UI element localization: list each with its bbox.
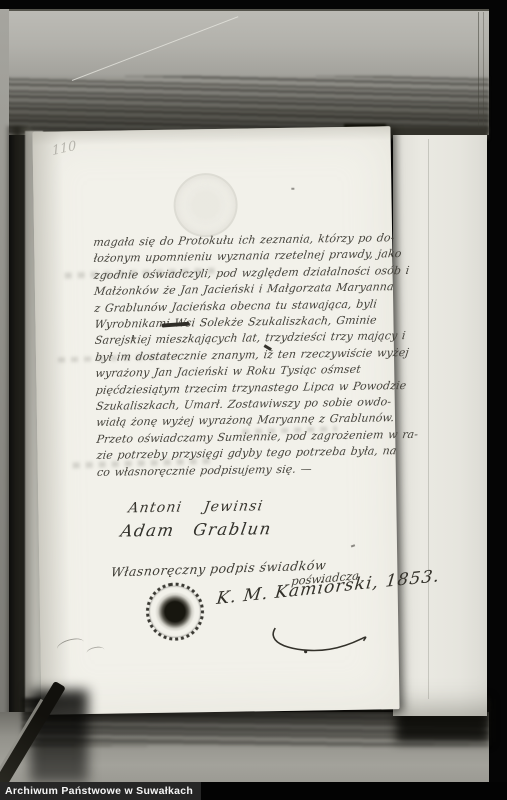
page-number: 110 xyxy=(51,139,76,160)
signature-flourish xyxy=(265,625,375,655)
witness-signature-2: Adam Grablun xyxy=(119,519,273,540)
board-smudge-band xyxy=(0,76,489,133)
pencil-scribble xyxy=(55,636,85,656)
right-blank-page xyxy=(393,135,487,716)
ink-speck xyxy=(291,188,294,190)
board-groove-line xyxy=(478,12,479,130)
board-groove-line xyxy=(483,12,484,130)
pencil-scribble xyxy=(86,645,105,657)
ink-speck xyxy=(351,544,355,547)
manuscript-page: 110 magała się do Protokułu ich zeznania… xyxy=(32,126,399,715)
archival-photo: 110 magała się do Protokułu ich zeznania… xyxy=(0,0,507,800)
embossed-seal xyxy=(173,173,238,238)
page-crease xyxy=(428,139,429,699)
witness-signature-1: Antoni Jewinsi xyxy=(127,498,265,516)
ink-speck xyxy=(132,336,135,339)
caption-bar: Archiwum Państwowe w Suwałkach xyxy=(0,782,507,800)
round-ink-seal xyxy=(141,578,209,646)
archive-name-label: Archiwum Państwowe w Suwałkach xyxy=(0,782,201,800)
